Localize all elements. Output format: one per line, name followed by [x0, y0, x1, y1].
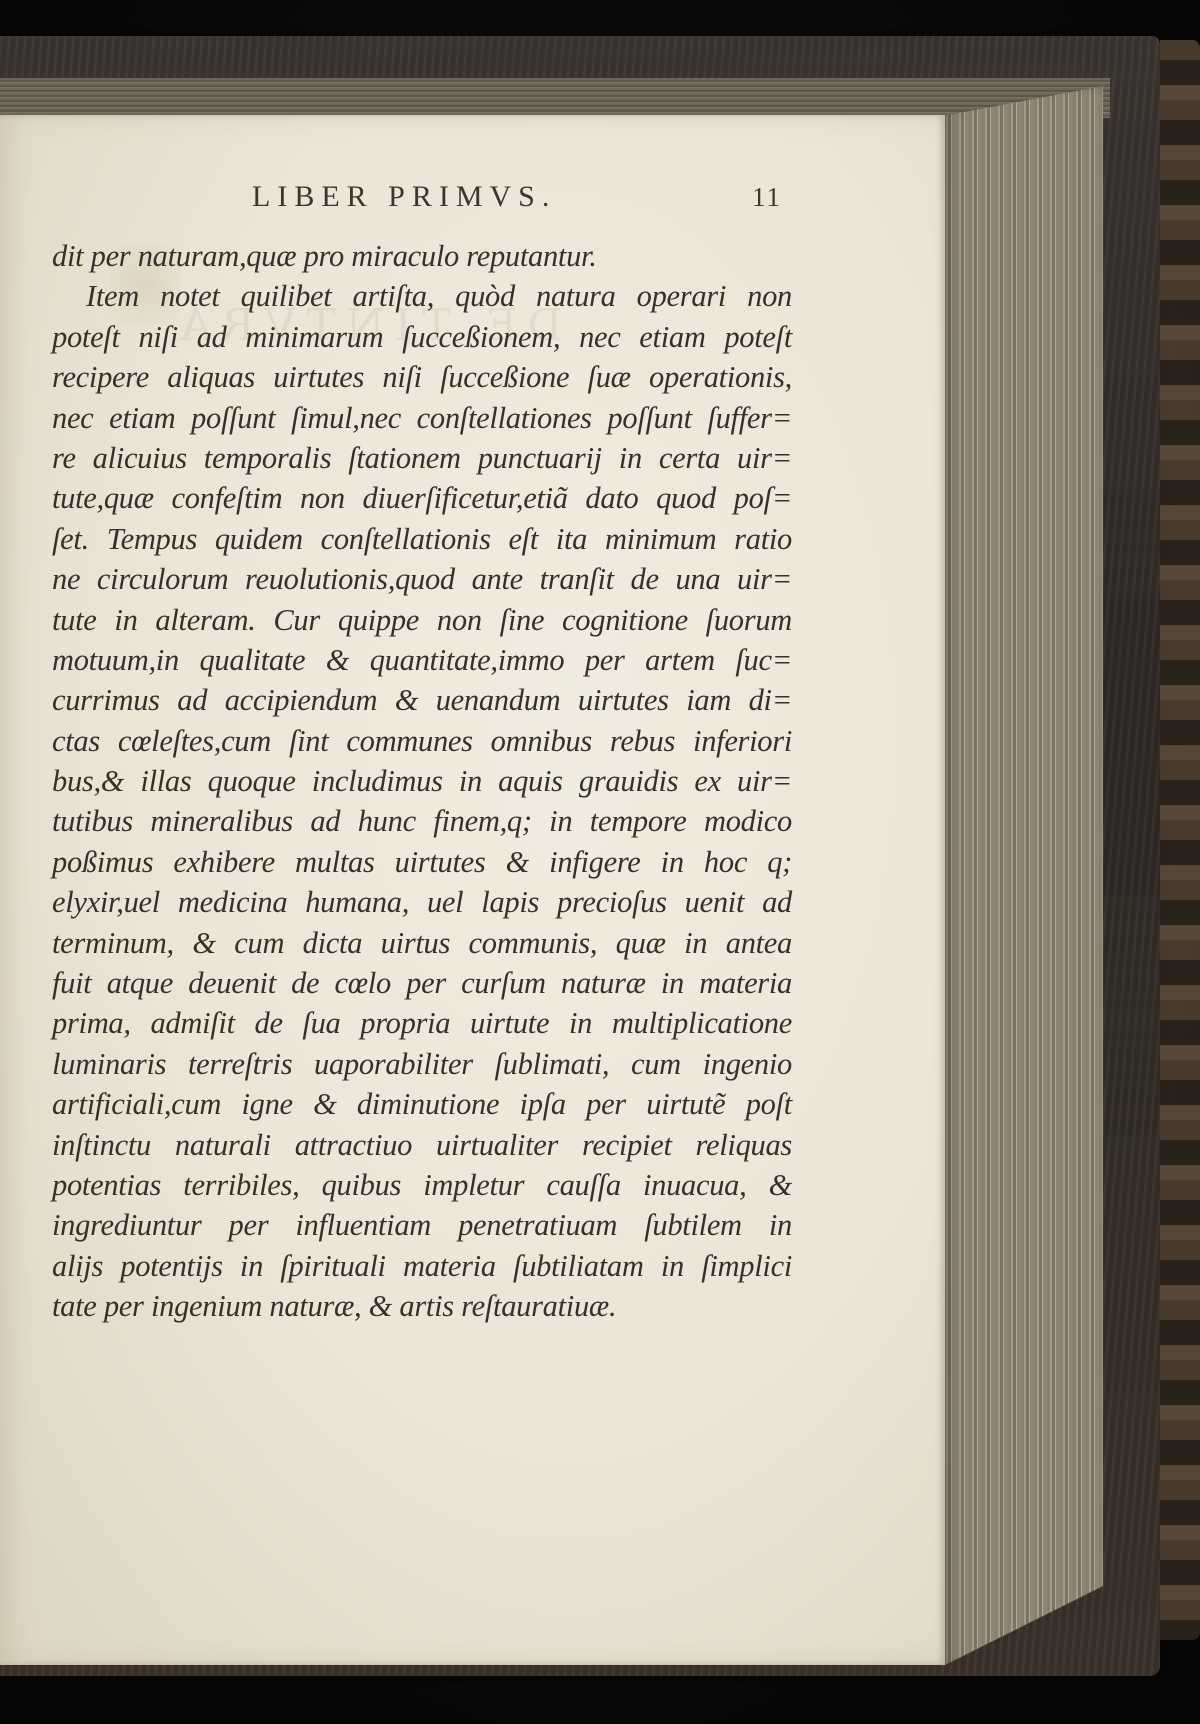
text-line: recipere aliquas uirtutes niſi ſucceßion…: [52, 357, 792, 397]
text-line: luminaris terreſtris uaporabiliter ſubli…: [52, 1044, 792, 1084]
text-line: tate per ingenium naturæ, & artis reſtau…: [52, 1286, 792, 1326]
book-cover-edge: [1160, 40, 1200, 1640]
running-title: LIBER PRIMVS.: [252, 180, 556, 214]
text-line: motuum,in qualitate & quantitate,immo pe…: [52, 640, 792, 680]
text-line: Item notet quilibet artiſta, quòd natura…: [52, 276, 792, 316]
text-line: elyxir,uel medicina humana, uel lapis pr…: [52, 882, 792, 922]
text-line: re alicuius temporalis ſtationem punctua…: [52, 438, 792, 478]
text-line: poßimus exhibere multas uirtutes & infig…: [52, 842, 792, 882]
text-line: ne circulorum reuolutionis,quod ante tra…: [52, 559, 792, 599]
text-line: fuit atque deuenit de cœlo per curſum na…: [52, 963, 792, 1003]
folio-number: 11: [752, 182, 782, 213]
page-block-fore-edge: [943, 86, 1103, 1666]
text-line: terminum, & cum dicta uirtus communis, q…: [52, 923, 792, 963]
body-text: dit per naturam,quæ pro miraculo reputan…: [52, 236, 792, 1327]
text-line: tutibus mineralibus ad hunc finem,q; in …: [52, 801, 792, 841]
text-line: tute,quæ confeſtim non diuerſificetur,et…: [52, 478, 792, 518]
text-line: alijs potentijs in ſpirituali materia ſu…: [52, 1246, 792, 1286]
text-line: nec etiam poſſunt ſimul,nec conſtellatio…: [52, 398, 792, 438]
text-line: artificiali,cum igne & diminutione ipſa …: [52, 1084, 792, 1124]
running-head: LIBER PRIMVS. 11: [0, 180, 945, 220]
text-line: bus,& illas quoque includimus in aquis g…: [52, 761, 792, 801]
text-line: potentias terribiles, quibus impletur ca…: [52, 1165, 792, 1205]
text-line: ctas cœleſtes,cum ſint communes omnibus …: [52, 721, 792, 761]
text-line: currimus ad accipiendum & uenandum uirtu…: [52, 680, 792, 720]
text-line: dit per naturam,quæ pro miraculo reputan…: [52, 236, 792, 276]
text-line: ingrediuntur per influentiam penetratiua…: [52, 1205, 792, 1245]
text-line: tute in alteram. Cur quippe non ſine cog…: [52, 600, 792, 640]
text-line: prima, admiſit de ſua propria uirtute in…: [52, 1003, 792, 1043]
text-line: poteſt niſi ad minimarum ſucceßionem, ne…: [52, 317, 792, 357]
page-block-top-edge: [0, 78, 1110, 118]
text-line: inſtinctu naturali attractiuo uirtualite…: [52, 1125, 792, 1165]
text-line: ſet. Tempus quidem conſtellationis eſt i…: [52, 519, 792, 559]
